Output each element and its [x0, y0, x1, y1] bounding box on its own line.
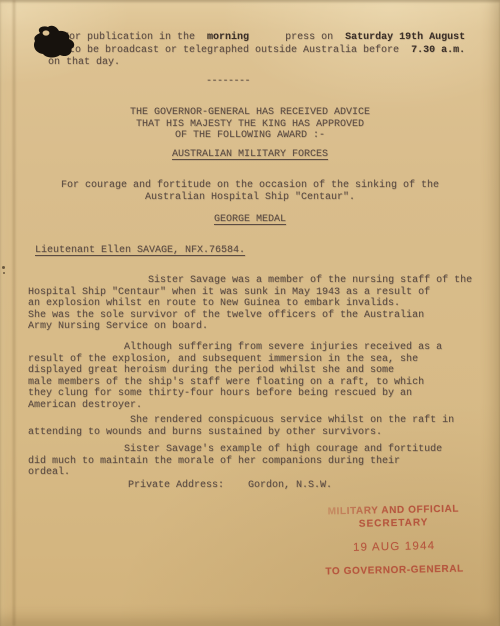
stamp-addressee: TO GOVERNOR-GENERAL [315, 563, 475, 577]
notice-line-1-mid: press on [285, 32, 345, 43]
ink-blot [30, 25, 80, 59]
private-address-value: Gordon, N.S.W. [248, 480, 332, 491]
service-heading: AUSTRALIAN MILITARY FORCES [0, 149, 500, 161]
citation-intro: For courage and fortitude on the occasio… [0, 180, 500, 203]
private-address-line: Private Address: Gordon, N.S.W. [128, 480, 332, 492]
notice-line-1-gap [249, 32, 285, 43]
service-heading-text: AUSTRALIAN MILITARY FORCES [172, 149, 328, 160]
notice-line-1-prefix: For publication in the [63, 32, 207, 43]
announcement-heading: THE GOVERNOR-GENERAL HAS RECEIVED ADVICE… [0, 107, 500, 142]
award-heading-text: GEORGE MEDAL [214, 214, 286, 225]
stamp-date: 19 AUG 1944 [314, 539, 474, 554]
received-stamp: MILITARY AND OFFICIAL SECRETARY 19 AUG 1… [313, 503, 474, 577]
body-paragraph-1: Sister Savage was a member of the nursin… [28, 275, 472, 333]
ink-speck [3, 272, 5, 274]
award-heading: GEORGE MEDAL [0, 214, 500, 226]
body-paragraph-3: She rendered conspicuous service whilst … [28, 415, 454, 438]
recipient-line: Lieutenant Ellen SAVAGE, NFX.76584. [35, 245, 245, 257]
notice-fill-morning: morning [207, 32, 249, 43]
document-page: For publication in the morning press on … [0, 0, 500, 626]
ink-speck [2, 266, 5, 269]
stamp-office-line-1: MILITARY AND OFFICIAL [313, 503, 473, 517]
body-paragraph-4: Sister Savage's example of high courage … [28, 444, 442, 479]
ink-blot-shape [34, 26, 74, 58]
notice-fill-hour: 7.30 a.m. [411, 45, 465, 56]
notice-line-2: Not to be broadcast or telegraphed outsi… [45, 45, 465, 57]
notice-line-2-prefix: Not to be broadcast or telegraphed outsi… [45, 45, 411, 56]
body-paragraph-2: Although suffering from severe injuries … [28, 342, 442, 411]
separator-dashes: -------- [206, 76, 250, 88]
notice-fill-date: Saturday 19th August [345, 32, 465, 43]
paper-fold-edge [13, 0, 15, 626]
stamp-office-line-2: SECRETARY [314, 516, 474, 530]
notice-line-1: For publication in the morning press on … [63, 32, 465, 44]
private-address-gap [224, 480, 248, 491]
ink-blot-hole [43, 30, 50, 35]
private-address-label: Private Address: [128, 480, 224, 491]
recipient-name: Lieutenant Ellen SAVAGE, NFX.76584. [35, 245, 245, 256]
